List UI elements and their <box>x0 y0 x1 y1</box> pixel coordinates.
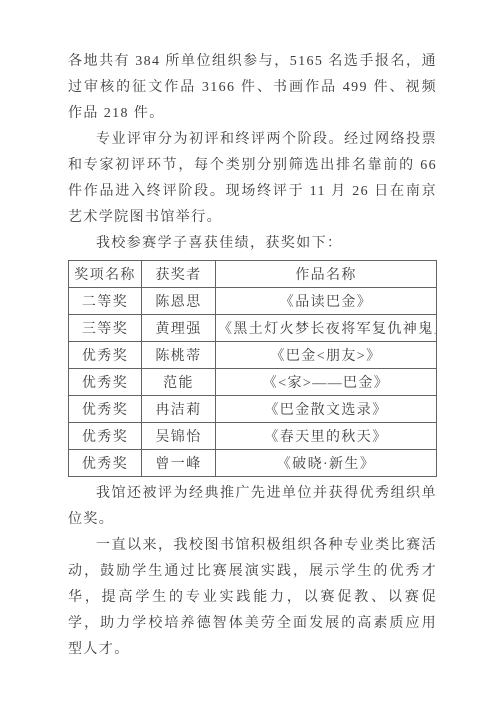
table-row: 三等奖 黄理强 《黑土灯火梦长夜将军复仇神鬼人》 <box>69 315 437 342</box>
cell-award-name: 优秀奖 <box>69 396 142 423</box>
table-row: 优秀奖 范能 《<家>——巴金》 <box>69 369 437 396</box>
cell-winner: 陈桃蒂 <box>142 342 216 369</box>
cell-award-name: 优秀奖 <box>69 423 142 450</box>
paragraph-organization-award: 我馆还被评为经典推广先进单位并获得优秀组织单位奖。 <box>68 481 437 533</box>
table-row: 优秀奖 曾一峰 《破晓·新生》 <box>69 450 437 477</box>
paragraph-awards-intro: 我校参赛学子喜获佳绩，获奖如下： <box>68 231 437 257</box>
paragraph-statistics: 各地共有 384 所单位组织参与，5165 名选手报名，通过审核的征文作品 31… <box>68 49 437 127</box>
table-header-row: 奖项名称 获奖者 作品名称 <box>69 261 437 288</box>
header-award-name: 奖项名称 <box>69 261 142 288</box>
cell-work-title: 《品读巴金》 <box>216 288 437 315</box>
cell-winner: 吴锦怡 <box>142 423 216 450</box>
header-work-title: 作品名称 <box>216 261 437 288</box>
cell-award-name: 三等奖 <box>69 315 142 342</box>
cell-winner: 陈恩思 <box>142 288 216 315</box>
cell-award-name: 优秀奖 <box>69 342 142 369</box>
table-row: 优秀奖 陈桃蒂 《巴金<朋友>》 <box>69 342 437 369</box>
cell-award-name: 优秀奖 <box>69 369 142 396</box>
cell-winner: 曾一峰 <box>142 450 216 477</box>
awards-table: 奖项名称 获奖者 作品名称 二等奖 陈恩思 《品读巴金》 三等奖 黄理强 《黑土… <box>68 260 437 477</box>
cell-winner: 范能 <box>142 369 216 396</box>
cell-work-title: 《<家>——巴金》 <box>216 369 437 396</box>
cell-winner: 黄理强 <box>142 315 216 342</box>
header-winner: 获奖者 <box>142 261 216 288</box>
cell-work-title: 《巴金<朋友>》 <box>216 342 437 369</box>
document-page: 各地共有 384 所单位组织参与，5165 名选手报名，通过审核的征文作品 31… <box>0 0 500 707</box>
paragraph-review-process: 专业评审分为初评和终评两个阶段。经过网络投票和专家初评环节，每个类别分别筛选出排… <box>68 127 437 231</box>
table-row: 优秀奖 冉洁莉 《巴金散文选录》 <box>69 396 437 423</box>
paragraph-closing: 一直以来，我校图书馆积极组织各种专业类比赛活动，鼓励学生通过比赛展演实践，展示学… <box>68 533 437 663</box>
cell-work-title: 《巴金散文选录》 <box>216 396 437 423</box>
cell-award-name: 二等奖 <box>69 288 142 315</box>
table-row: 优秀奖 吴锦怡 《春天里的秋天》 <box>69 423 437 450</box>
cell-winner: 冉洁莉 <box>142 396 216 423</box>
cell-work-title: 《春天里的秋天》 <box>216 423 437 450</box>
cell-work-title: 《黑土灯火梦长夜将军复仇神鬼人》 <box>216 315 437 342</box>
cell-work-title: 《破晓·新生》 <box>216 450 437 477</box>
table-row: 二等奖 陈恩思 《品读巴金》 <box>69 288 437 315</box>
cell-award-name: 优秀奖 <box>69 450 142 477</box>
